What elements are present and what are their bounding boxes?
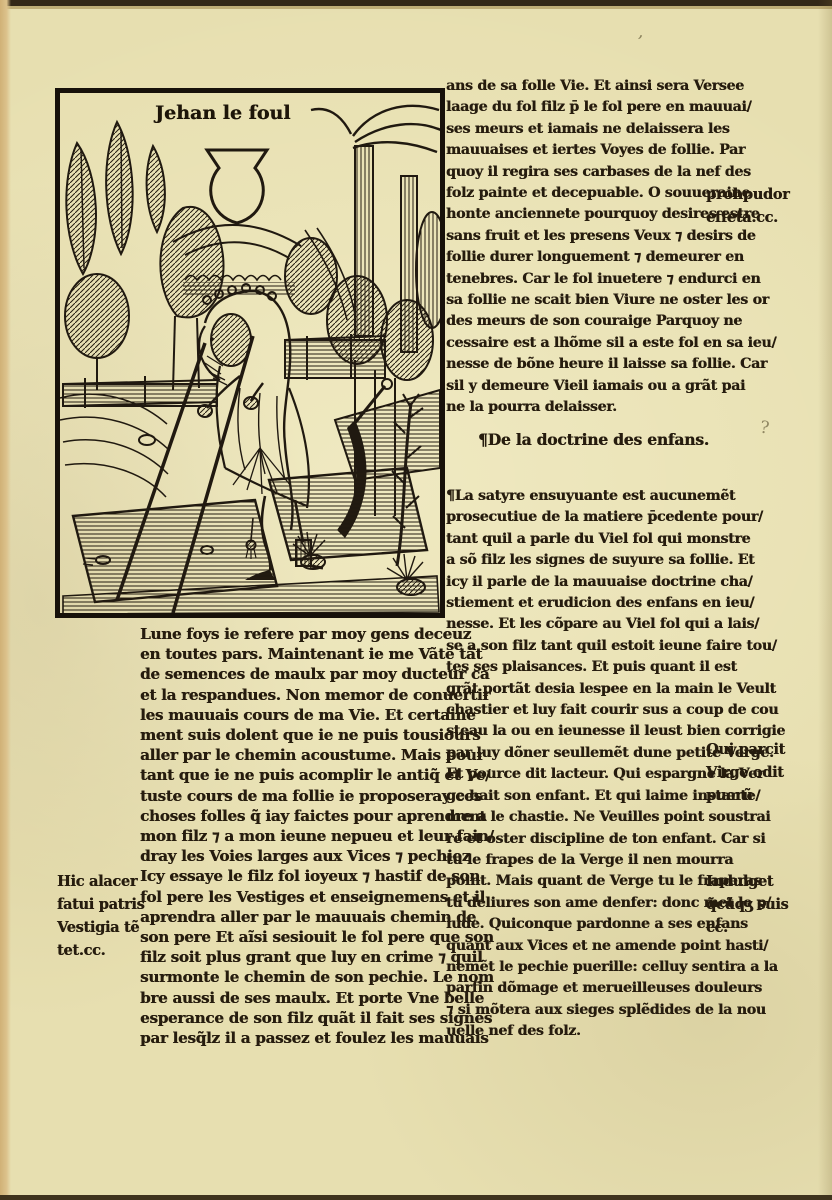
text-line: ⁊ si mõtera aux sieges splẽdides de la n…: [446, 1000, 785, 1021]
text-line: ans de sa folle Vie. Et ainsi sera Verse…: [446, 76, 776, 97]
page-edge-top-highlight: [0, 6, 832, 9]
text-line: prosecutiue de la matiere p̄cedente pour…: [446, 507, 785, 528]
text-line: stiement et erudicion des enfans en ieu/: [446, 593, 785, 614]
right-column-text: ans de sa folle Vie. Et ainsi sera Verse…: [446, 76, 776, 419]
text-line: choses folles q̃ iay faictes pour aprend…: [140, 806, 494, 826]
text-line: aprendra aller par le mauuais chemin de: [140, 907, 494, 927]
text-line: ses meurs et iamais ne delaissera les: [446, 119, 776, 140]
text-line: tet.cc.: [57, 939, 157, 962]
text-line: dray les Voies larges aux Vices ⁊ pechie…: [140, 846, 494, 866]
text-line: Vestigia tẽ: [57, 916, 157, 939]
text-line: fol pere les Vestiges et enseignemens et…: [140, 887, 494, 907]
margin-note-latin-left: Hic alacerfatui patrisVestigia tẽtet.cc.: [57, 870, 157, 962]
text-line: follie durer longuement ⁊ demeurer en: [446, 247, 776, 268]
text-line: tuste cours de ma follie ie proposeray c…: [140, 786, 494, 806]
text-line: ¶La satyre ensuyuante est aucunemẽt: [446, 486, 785, 507]
text-line: a sõ filz les signes de suyure sa follie…: [446, 550, 785, 571]
text-line: fatui patris: [57, 893, 157, 916]
text-line: son pere Et aĩsi sesiouit le fol pere qu…: [140, 927, 494, 947]
page-edge-right: [818, 0, 832, 1200]
text-line: tes ses plaisances. Et puis quant il est: [446, 657, 785, 678]
text-line: tenebres. Car le fol inuetere ⁊ endurci …: [446, 269, 776, 290]
text-line: surmonte le chemin de son pechie. Le nom: [140, 967, 494, 987]
text-line: Virge odit: [706, 761, 816, 784]
text-line: se a son filz tant quil estoit ieune fai…: [446, 636, 785, 657]
text-line: sil y demeure Vieil iamais ou a grãt pai: [446, 376, 776, 397]
text-line: parfin dõmage et merueilleuses douleurs: [446, 978, 785, 999]
text-line: quoy il regira ses carbases de la nef de…: [446, 162, 776, 183]
book-page-scan: Jehan le foul ans de sa folle Vie. Et ai…: [0, 0, 832, 1200]
text-line: puerũ: [706, 784, 816, 807]
text-line: icy il parle de la mauuaise doctrine cha…: [446, 572, 785, 593]
text-line: sa follie ne scait bien Viure ne oster l…: [446, 290, 776, 311]
text-line: uelle nef des folz.: [446, 1021, 785, 1042]
text-line: mauuaises et iertes Voyes de follie. Par: [446, 140, 776, 161]
text-line: nesse de bõne heure il laisse sa follie.…: [446, 354, 776, 375]
text-line: re et oster discipline de ton enfant. Ca…: [446, 829, 785, 850]
text-line: bre aussi de ses maulx. Et porte Vne bel…: [140, 988, 494, 1008]
text-line: grãt portãt desia lespee en la main le V…: [446, 679, 785, 700]
text-line: effeta.cc.: [706, 206, 816, 229]
text-line: aller par le chemin acoustume. Mais pour: [140, 745, 494, 765]
woodcut-illustration: [55, 88, 445, 618]
text-line: filz soit plus grant que luy en crime ⁊ …: [140, 947, 494, 967]
text-line: Icy essaye le filz fol ioyeux ⁊ hastif d…: [140, 866, 494, 886]
text-line: cessaire est a lhõme sil a este fol en s…: [446, 333, 776, 354]
text-line: tant que ie ne puis acomplir le antiq̃ e…: [140, 765, 494, 785]
text-line: q̃cũqʒ suis: [706, 893, 816, 916]
text-line: tu le frapes de la Verge il nen mourra: [446, 850, 785, 871]
text-line: des meurs de son couraige Parquoy ne: [446, 311, 776, 332]
woodcut-scene: [60, 106, 445, 614]
text-line: les mauuais cours de ma Vie. Et certaine: [140, 705, 494, 725]
text-line: sans fruit et les presens Veux ⁊ desirs …: [446, 226, 776, 247]
woodcut: Jehan le foul: [55, 88, 445, 618]
text-line: laage du fol filz p̄ le fol pere en mauu…: [446, 97, 776, 118]
text-line: ment suis dolent que ie ne puis tousiour…: [140, 725, 494, 745]
text-line: Hic alacer: [57, 870, 157, 893]
text-line: chastier et luy fait courir sus a coup d…: [446, 700, 785, 721]
text-line: esperance de son filz quãt il fait ses s…: [140, 1008, 494, 1028]
handwritten-question-mark: ?: [759, 417, 771, 438]
margin-note-latin-right-bottom: Indulgetq̃cũqʒ suiscc.: [706, 870, 816, 939]
text-line: mon filz ⁊ a mon ieune nepueu et leur fa…: [140, 826, 494, 846]
stray-ink-mark: ’: [634, 32, 645, 54]
text-line: cc.: [706, 916, 816, 939]
text-line: Indulget: [706, 870, 816, 893]
left-column-text: Lune foys ie refere par moy gens deceuze…: [140, 624, 494, 1048]
text-line: nesse. Et les cõpare au Viel fol qui a l…: [446, 614, 785, 635]
page-edge-bottom: [0, 1195, 832, 1200]
text-line: prohpudor: [706, 183, 816, 206]
text-line: en toutes pars. Maintenant ie me Vãte tã…: [140, 644, 494, 664]
text-line: Lune foys ie refere par moy gens deceuz: [140, 624, 494, 644]
text-line: et la respandues. Non memor de conuertir: [140, 685, 494, 705]
margin-note-latin-right-top: prohpudoreffeta.cc.: [706, 183, 816, 229]
woodcut-caption: Jehan le foul: [155, 102, 345, 124]
page-edge-left: [0, 0, 11, 1200]
text-line: nemẽt le pechie puerille: celluy sentira…: [446, 957, 785, 978]
text-line: ment le chastie. Ne Veuilles point soust…: [446, 807, 785, 828]
text-line: de semences de maulx par moy ducteur ca: [140, 664, 494, 684]
text-line: tant quil a parle du Viel fol qui monstr…: [446, 529, 785, 550]
text-line: ne la pourra delaisser.: [446, 397, 776, 418]
margin-note-latin-right-middle: Qui parcitVirge oditpuerũ: [706, 738, 816, 807]
text-line: Qui parcit: [706, 738, 816, 761]
text-line: par lesq̃lz il a passez et foulez les ma…: [140, 1028, 494, 1048]
chapter-heading: ¶De la doctrine des enfans.: [478, 430, 709, 449]
